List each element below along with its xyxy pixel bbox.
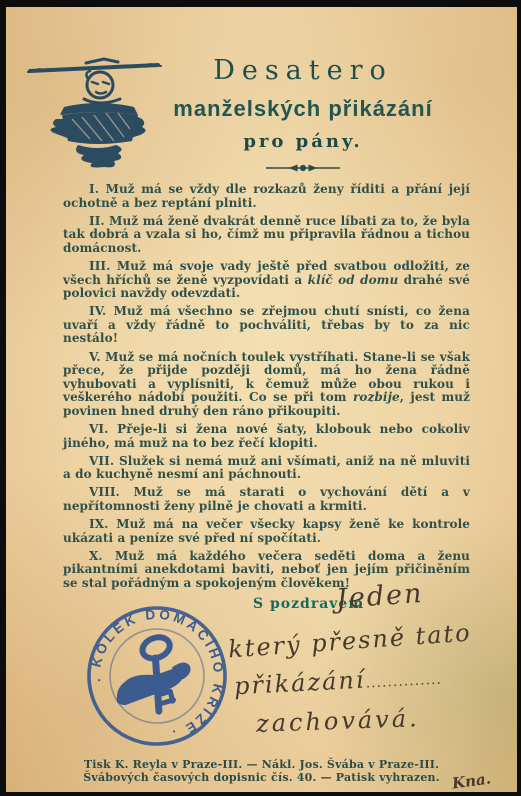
handwriting-line-3-word: přikázání: [233, 666, 366, 701]
handwriting-line-4: zachovává.: [256, 704, 421, 738]
commandment-numeral: VI.: [89, 422, 117, 436]
imprint-line-2: Švábových časových dopisnic čís. 40. — P…: [26, 771, 497, 784]
commandments: I. Muž má se vždy dle rozkazů ženy řídit…: [63, 183, 470, 595]
rubber-stamp: . KOLEK DOMÁCÍHO KŘÍŽE .: [75, 594, 240, 759]
stamp-icon: . KOLEK DOMÁCÍHO KŘÍŽE .: [75, 594, 240, 759]
commandment-text: Služek si nemá muž ani všímati, aniž na …: [63, 454, 470, 482]
commandment-numeral: III.: [89, 259, 117, 273]
commandment-9: IX. Muž má na večer všecky kapsy ženě ke…: [63, 518, 470, 545]
commandment-7: VII. Služek si nemá muž ani všímati, ani…: [63, 455, 470, 482]
handwritten-mark: Kna.: [451, 769, 492, 792]
postcard: Desatero manželských přikázání pro pány.…: [6, 7, 517, 792]
commandment-text: Muž má ženě dvakrát denně ruce líbati za…: [63, 214, 470, 255]
commandment-emphasis: rozbije: [353, 390, 400, 404]
commandment-numeral: VIII.: [89, 485, 134, 499]
commandment-text: Muž má všechno se zřejmou chutí snísti, …: [63, 304, 470, 345]
commandment-numeral: II.: [89, 214, 109, 228]
commandment-text: Muž má se vždy dle rozkazů ženy říditi a…: [63, 182, 470, 210]
dotted-leader: ..............: [365, 672, 442, 692]
page-title: Desatero: [131, 55, 475, 86]
commandment-6: VI. Přeje-li si žena nové šaty, klobouk …: [63, 423, 470, 450]
commandment-2: II. Muž má ženě dvakrát denně ruce líbat…: [63, 215, 470, 256]
divider-ornament-icon: [131, 158, 475, 177]
commandment-text: Přeje-li si žena nové šaty, klobouk nebo…: [63, 422, 470, 450]
commandment-8: VIII. Muž se má starati o vychování dětí…: [63, 486, 470, 513]
page-subtitle: manželských přikázání: [131, 96, 475, 122]
commandment-numeral: IV.: [89, 304, 114, 318]
postcard-scan: Desatero manželských přikázání pro pány.…: [0, 0, 521, 796]
handwriting-line-1: Jeden: [335, 578, 424, 615]
page-subtitle-2: pro pány.: [131, 131, 475, 152]
commandment-emphasis: klíč od domu: [308, 273, 399, 287]
commandment-numeral: I.: [89, 182, 106, 196]
commandment-numeral: IX.: [89, 517, 116, 531]
commandment-numeral: X.: [89, 549, 115, 563]
title-block: Desatero manželských přikázání pro pány.: [131, 55, 475, 177]
handwriting-line-3: přikázání..............: [233, 662, 442, 701]
handwriting-line-2: který přesně tato: [227, 619, 472, 664]
commandment-3: III. Muž má svoje vady ještě před svatbo…: [63, 260, 470, 301]
imprint: Tisk K. Reyla v Praze-III. — Nákl. Jos. …: [26, 758, 497, 784]
commandment-5: V. Muž se má nočních toulek vystříhati. …: [63, 351, 470, 419]
imprint-line-1: Tisk K. Reyla v Praze-III. — Nákl. Jos. …: [26, 758, 497, 771]
commandment-4: IV. Muž má všechno se zřejmou chutí snís…: [63, 305, 470, 346]
commandment-numeral: VII.: [89, 454, 119, 468]
commandment-numeral: V.: [89, 350, 105, 364]
commandment-1: I. Muž má se vždy dle rozkazů ženy řídit…: [63, 183, 470, 210]
commandment-text: Muž má na večer všecky kapsy ženě ke kon…: [63, 517, 470, 545]
